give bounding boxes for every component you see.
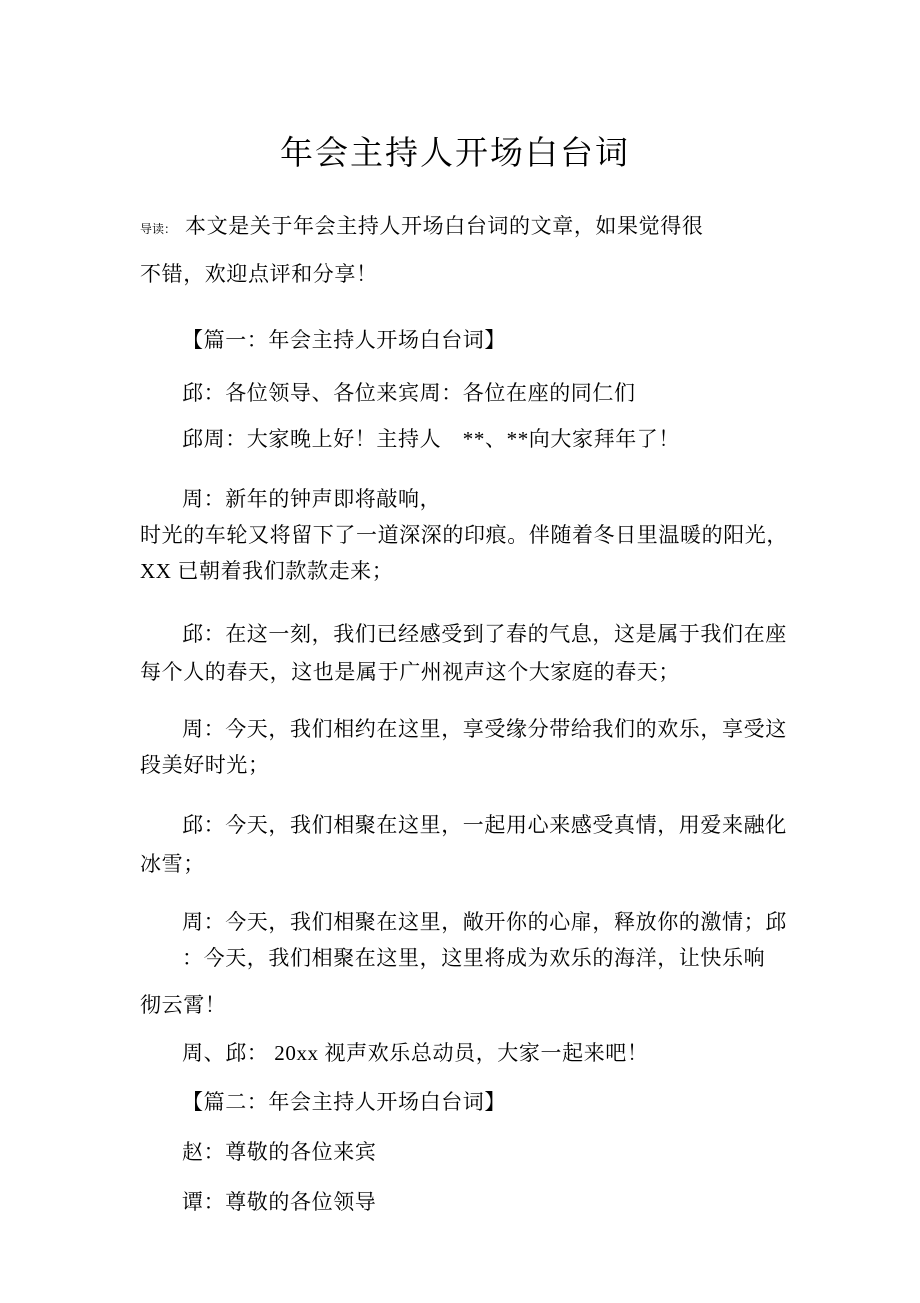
dialogue-line-tan-leaders: 谭：尊敬的各位领导 <box>140 1189 882 1215</box>
lead-paragraph-line-1: 导读：本文是关于年会主持人开场白台词的文章，如果觉得很 <box>140 213 840 242</box>
section-2-heading: 【篇二：年会主持人开场白台词】 <box>140 1089 882 1115</box>
dialogue-line-qiu-spring-2: 每个人的春天，这也是属于广州视声这个大家庭的春天； <box>140 659 840 685</box>
dialogue-line-qiu-spring-1: 邱：在这一刻，我们已经感受到了春的气息，这是属于我们在座 <box>140 621 882 647</box>
dialogue-line-qiu-love-1: 邱：今天，我们相聚在这里，一起用心来感受真情，用爱来融化 <box>140 812 882 838</box>
dialogue-line-qiu-zhou-greeting: 邱：各位领导、各位来宾周：各位在座的同仁们 <box>140 380 882 406</box>
dialogue-line-finale: 周、邱： 20xx 视声欢乐总动员，大家一起来吧！ <box>140 1040 882 1066</box>
dialogue-line-zhou-passion-3: 彻云霄！ <box>140 992 840 1018</box>
dialogue-line-zhao-guests: 赵：尊敬的各位来宾 <box>140 1139 882 1165</box>
document-page: 年会主持人开场白台词 导读：本文是关于年会主持人开场白台词的文章，如果觉得很 不… <box>0 0 920 1303</box>
dialogue-line-zhou-passion-2: ：今天，我们相聚在这里，这里将成为欢乐的海洋，让快乐响 <box>140 945 882 971</box>
lead-paragraph-line-2: 不错，欢迎点评和分享！ <box>140 261 840 287</box>
dialogue-line-zhou-bell-3: XX 已朝着我们款款走来； <box>140 558 840 584</box>
dialogue-line-qiu-love-2: 冰雪； <box>140 851 840 877</box>
dialogue-line-zhou-bell-2: 时光的车轮又将留下了一道深深的印痕。伴随着冬日里温暖的阳光， <box>140 522 840 548</box>
lead-label: 导读： <box>140 222 176 236</box>
dialogue-line-zhou-gather-1: 周：今天，我们相约在这里，享受缘分带给我们的欢乐，享受这 <box>140 716 882 742</box>
dialogue-line-qiuzhou-newyear: 邱周：大家晚上好！主持人 **、**向大家拜年了！ <box>140 426 882 452</box>
dialogue-line-zhou-gather-2: 段美好时光； <box>140 752 840 778</box>
dialogue-line-zhou-bell-1: 周：新年的钟声即将敲响， <box>140 486 882 512</box>
dialogue-line-zhou-passion-1: 周：今天，我们相聚在这里，敞开你的心扉，释放你的激情；邱 <box>140 909 882 935</box>
section-1-heading: 【篇一：年会主持人开场白台词】 <box>140 327 882 353</box>
document-title: 年会主持人开场白台词 <box>140 134 770 174</box>
lead-text: 本文是关于年会主持人开场白台词的文章，如果觉得很 <box>185 214 703 238</box>
